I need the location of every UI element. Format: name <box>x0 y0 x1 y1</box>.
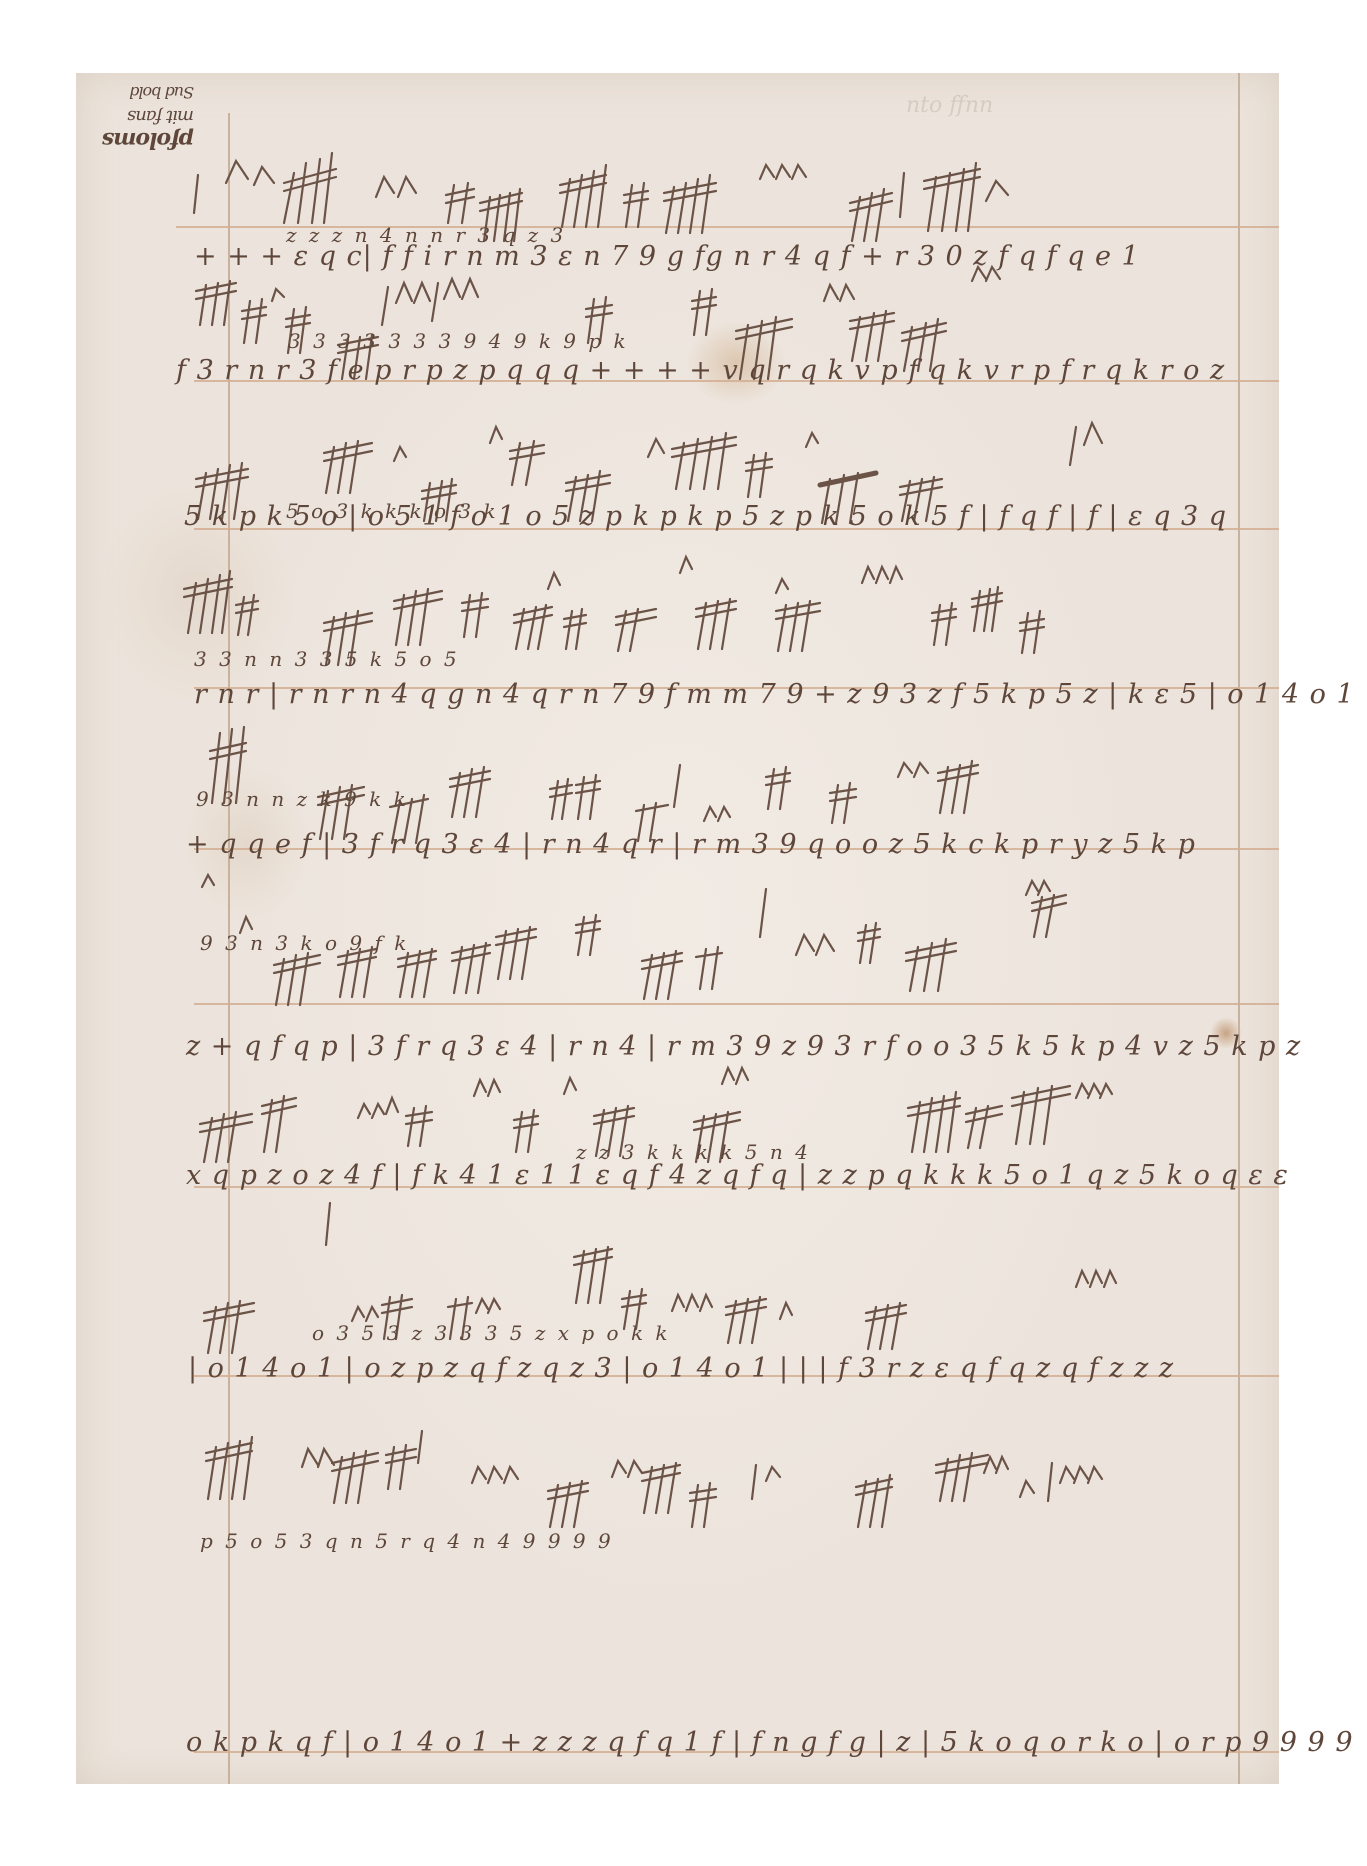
upper-numerals-9: p 5 o 5 3 q n 5 r q 4 n 4 9 9 9 9 <box>200 1531 614 1551</box>
tablature-line-9: o k p k q f | o 1 4 o 1 + z z z q f q 1 … <box>186 1729 1354 1756</box>
upper-numerals-6: 9 3 n 3 k o 9 f k <box>200 933 409 953</box>
tablature-line-5: + q q e f | 3 f r q 3 ε 4 | r n 4 q r | … <box>186 831 1196 858</box>
upper-numerals-2: 3 3 3 3 3 3 3 9 4 9 k 9 p k <box>288 331 629 351</box>
rhythm-flags-icon <box>76 1203 1279 1353</box>
rhythm-flags-icon <box>76 713 1279 833</box>
staff-rule-6 <box>194 1003 1279 1005</box>
manuscript-page: Sud bold mit fans pfoloms nto ffnn <box>76 73 1279 1784</box>
inscription-line-3: Sud bold <box>84 83 194 102</box>
upper-numerals-5: 9 3 n n z k 9 k k <box>196 789 409 809</box>
tablature-line-7: x q p z o z 4 f | f k 4 1 ε 1 1 ε q f 4 … <box>186 1162 1289 1189</box>
tablature-line-4: r n r | r n r n 4 q g n 4 q r n 7 9 f m … <box>194 681 1355 708</box>
tablature-line-8: | o 1 4 o 1 | o z p z q f z q z 3 | o 1 … <box>188 1355 1174 1382</box>
upper-numerals-8: o 3 5 3 z 3 3 3 5 z x p o k k <box>312 1323 671 1343</box>
upper-numerals-7: z z 3 k k k k 5 n 4 <box>576 1142 811 1162</box>
rhythm-flags-icon <box>76 403 1279 513</box>
rhythm-flags-icon <box>76 113 1279 213</box>
upper-numerals-4: 3 3 n n 3 3 5 k 5 o 5 <box>194 649 460 669</box>
tablature-line-3: 5 k p k 5 o | o 5 1 f o 1 o 5 z p k p k … <box>184 503 1227 530</box>
rhythm-flags-icon <box>76 1403 1279 1583</box>
tablature-line-6: z + q f q p | 3 f r q 3 ε 4 | r n 4 | r … <box>186 1033 1301 1060</box>
tablature-line-2: f 3 r n r 3 f e p r p z p q q q + + + + … <box>176 357 1225 384</box>
